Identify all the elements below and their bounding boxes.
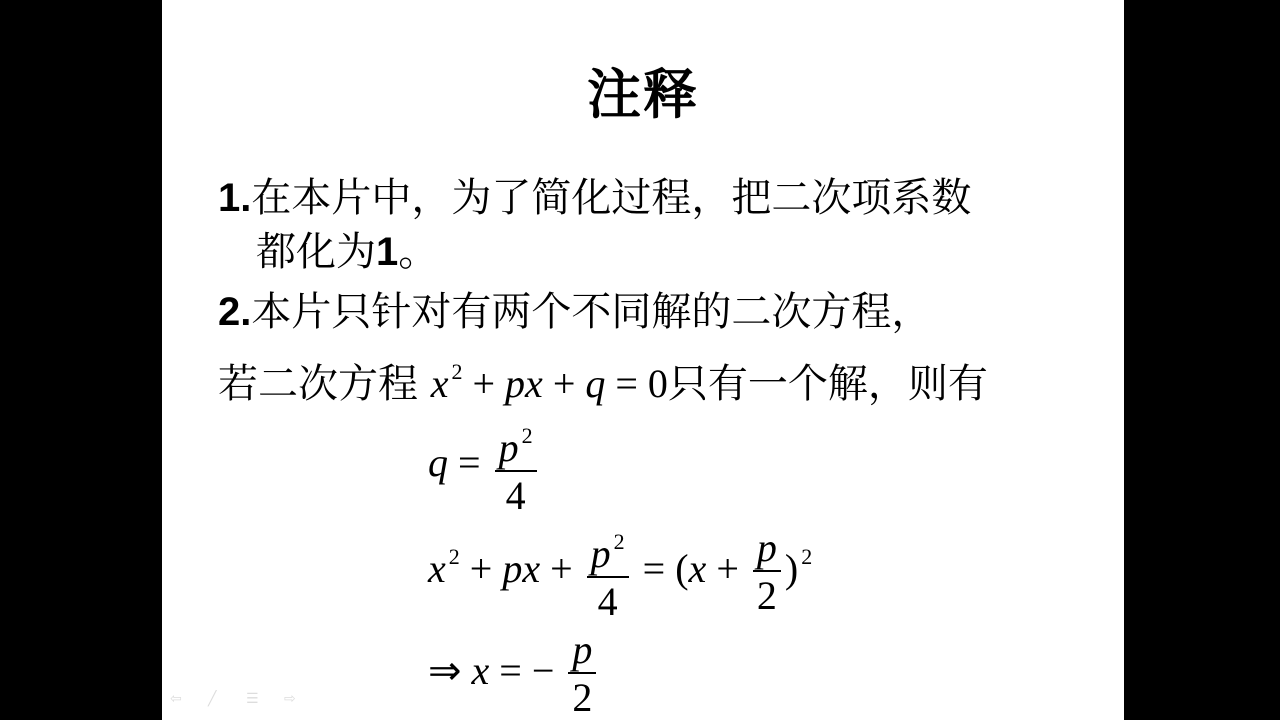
formula-2: x2 + px + p24 = (x + p2)2 [428,520,812,626]
formula-3: ⇒ x = − p2 [428,628,600,720]
note-3: 若二次方程 x2 + px + q = 0只有一个解，则有 [218,348,988,408]
next-arrow-icon[interactable]: ⇨ [284,692,300,706]
note-2: 2.本片只针对有两个不同解的二次方程， [218,288,931,336]
prev-arrow-icon[interactable]: ⇦ [170,692,186,706]
formula-1: q = p24 [428,414,541,520]
pen-icon[interactable]: ╱ [208,692,224,706]
note-1-line-2: 都化为1。 [256,228,438,276]
slide-title: 注释 [162,52,1124,129]
equation: x2 + px + q = 0 [431,361,668,406]
slideshow-nav: ⇦ ╱ ☰ ⇨ [170,692,300,706]
note-1-line-1: 1.在本片中，为了简化过程，把二次项系数 [218,174,971,222]
slide: 注释 1.在本片中，为了简化过程，把二次项系数 都化为1。 2.本片只针对有两个… [162,0,1124,720]
menu-icon[interactable]: ☰ [246,692,262,706]
